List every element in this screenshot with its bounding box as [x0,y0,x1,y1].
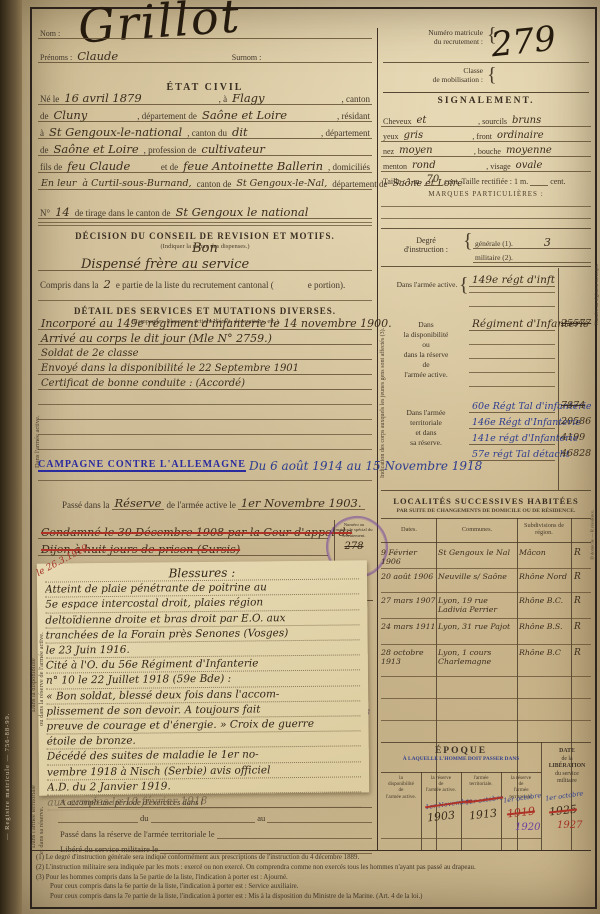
localite-dr: R [574,572,581,582]
localite-date: 9 Février 1906 [381,548,436,566]
etat-civil-line-5: fils de feu Claude et de feue Antoinette… [38,156,372,173]
menton-value: rond [409,160,439,171]
canton-3: St Gengoux-le-Nal, [233,178,330,189]
instruction-generale: générale (1). 3 [473,236,591,249]
epoque-header: ÉPOQUE À LAQUELLE L'HOMME DOIT PASSER DA… [381,746,541,762]
label: N° [38,208,52,218]
reserve-territoriale-line: Passé dans la réserve de l'armée territo… [58,825,372,839]
label: , département de [135,111,199,121]
blessures-note: Blessures : Atteint de plaie pénétrante … [37,560,369,795]
canton: Cluny [51,110,91,121]
corps-terr-label: Dans l'armée territoriale et dans sa rés… [391,408,461,448]
campagne-dates: Du 6 août 1914 au 15 Novembre 1918 [246,461,485,472]
nom-label: Nom : [38,29,62,38]
matricule-box: Numéro matricule du recrutement : 279 Cl… [383,28,589,93]
localites-col-subdiv: Subdivisions de région. [517,522,571,536]
taille-value: 70 [424,174,443,186]
footnote: (2) L'instruction militaire sera indiqué… [36,863,590,873]
localites-col-dr: D domicile — R résidence. [590,509,595,559]
epoque-col-1: la disponibilité de l'armée active. [381,775,421,800]
label: , à [217,94,230,104]
label: de [38,145,51,155]
decision-bon: Bon [38,238,372,254]
signalement-row: nez moyen , bouche moyenne [381,142,591,157]
epoque-title: ÉPOQUE [381,746,541,756]
footnote: Pour ceux compris dans la 6e partie de l… [36,882,590,892]
instruction-militaire: militaire (2). [473,250,591,263]
canton-dit: dit [229,127,251,138]
bouche-value: moyenne [503,145,555,156]
departement-2: Saône et Loire [51,144,142,155]
campagne-stamp: CAMPAGNE CONTRE L'ALLEMAGNE [38,459,246,472]
epoque-date-col-header: DATE de la LIBÉRATION du service militai… [543,748,591,786]
visage-value: ovale [513,160,546,171]
signalement-row: menton rond , visage ovale [381,157,591,172]
epoque-subtitle: À LAQUELLE L'HOMME DOIT PASSER DANS [381,756,541,762]
instruction-generale-value: 3 [541,237,554,248]
numero-special-value: 278 [335,541,373,552]
departement: Saône et Loire [199,110,290,121]
localite-dr: R [574,622,581,632]
corps-active-value-line: 149e régt d'inft [469,272,555,287]
signalement-title: SIGNALEMENT. [381,96,591,106]
surnom-label: Surnom : [230,53,264,62]
prenoms-line: Prénoms : Claude Surnom : [38,46,372,63]
corps-terr-num: 20586 [561,416,591,427]
localite-dr: R [574,648,581,658]
tirage-number: 14 [52,207,73,218]
epoque-year-corrected: 1927 [557,820,582,831]
localite-commune: Lyon, 31 rue Pajot [438,622,516,631]
prenoms-value: Claude [74,51,121,62]
footnotes: (1) Le degré d'instruction générale sera… [36,853,590,902]
marques-title: MARQUES PARTICULIÈRES : [381,190,591,198]
corps-terr-row: 146e Régt d'Infanterie [469,414,555,429]
birth-place: Flagy [229,93,267,104]
tirage-line: N° 14 de tirage dans le canton de St Gen… [38,202,372,219]
yeux-value: gris [401,130,427,141]
etat-civil-line-2: de Cluny , département de Saône et Loire… [38,105,372,122]
margin-armee-active: Dans l'armée active. [34,415,41,468]
localite-commune: St Gengoux le Nal [438,548,516,557]
front-value: ordinaire [494,130,547,141]
hand: En leur [38,178,79,189]
corps-terr-row: 60e Régt Tal d'infanterie [469,398,555,413]
residence: St Gengoux-le-national [46,127,185,138]
footnote: (1) Le degré d'instruction générale sera… [36,853,590,863]
localite-subdiv: Rhône B.C. [519,596,569,605]
reserve-value: Réserve [112,498,165,510]
matricule-value: 279 [489,19,558,66]
classe-label: Classe [383,66,483,75]
corps-terr-num: 46828 [561,448,591,459]
label: et de [159,162,180,172]
footnote: Pour ceux compris dans la 7e partie de l… [36,892,590,902]
localites-col-date: Dates. [381,526,437,533]
localites-col-commune: Communes. [437,526,517,533]
book-spine: — Registre matricule — 756-88-99. [0,0,22,914]
localite-dr: R [574,596,581,606]
label: , résidant [335,111,372,121]
prenoms-label: Prénoms : [38,53,74,62]
localite-commune: Lyon, 1 cours Charlemagne [438,648,516,666]
periode-exercices-line: A accompli une période d'exercices dans … [58,793,372,808]
label: fils de [38,162,64,172]
corps-dispo-num: 25577 [561,318,591,329]
label: de tirage dans le canton de [73,208,173,218]
taille-row: Taille : 1 m. 70 cent. Taille rectifiée … [381,172,591,186]
localites-subtitle: PAR SUITE DE CHANGEMENTS DE DOMICILE OU … [381,508,591,514]
etat-civil-line-3: à St Gengoux-le-national , canton du dit… [38,122,372,139]
decision-compris: Compris dans la 2 e partie de la liste d… [38,274,372,290]
father-name: feu Claude [64,161,133,172]
du-au-line: du au [58,809,372,823]
localite-subdiv: Mâcon [519,548,569,557]
corps-active-label: Dans l'armée active. [395,280,459,289]
libere-line: Libéré du service militaire le [58,840,372,854]
localite-commune: Neuville s/ Saône [438,572,516,581]
label: Né le [38,94,61,104]
label: à [38,128,46,138]
localite-date: 24 mars 1911 [381,622,436,631]
corps-active-value: 149e régt d'inft [469,275,558,286]
liste-partie: 2 [101,279,114,290]
label: , canton [340,94,373,104]
footnote: (3) Pour les hommes compris dans la 5e p… [36,873,590,883]
label: , profession de [142,145,199,155]
tirage-canton: St Gengoux le national [172,207,311,218]
etat-civil-line-1: Né le 16 avril 1879 , à Flagy , canton [38,88,372,105]
localite-date: 28 octobre 1913 [381,648,436,666]
domicile: à Curtil-sous-Burnand, [79,178,194,189]
profession: cultivateur [198,144,268,155]
reserve-date: 1er Novembre 1903. [238,498,365,510]
label: de [38,111,51,121]
localites-title: LOCALITÉS SUCCESSIVES HABITÉES [381,496,591,506]
epoque-col-3: l'armée territoriale. [461,775,501,787]
etat-civil-line-6: En leur à Curtil-sous-Burnand, canton de… [38,173,372,190]
corps-num-rotated-label: Numéro au régiment ou corps. [595,264,600,325]
corps-terr-num: 4199 [561,432,585,443]
corps-dispo-label: Dans la disponibilité ou dans la réserve… [391,320,461,380]
localite-date: 27 mars 1907 [381,596,436,605]
localite-subdiv: Rhône B.C [519,648,569,657]
mother-name: feue Antoinette Ballerin [180,161,326,172]
corps-dispo-value-line: Régiment d'Infanterie [469,316,555,331]
nom-line: Nom : [38,22,372,39]
signalement-row: yeux gris , front ordinaire [381,127,591,142]
matricule-label: Numéro matricule [383,28,483,37]
etat-civil-line-4: de Saône et Loire , profession de cultiv… [38,139,372,156]
campagne-line: CAMPAGNE CONTRE L'ALLEMAGNE Du 6 août 19… [38,456,372,472]
corps-terr-row: 141e régt d'Infanterie [469,430,555,445]
column-divider [377,28,378,850]
corps-terr-row: 57e régt Tal détacht [469,446,555,461]
localite-dr: R [574,548,581,558]
localite-date: 20 août 1906 [381,572,436,581]
birth-date: 16 avril 1879 [61,93,144,104]
localite-subdiv: Rhône B.S. [519,622,569,631]
instruction-label: Degré d'instruction : [391,236,461,254]
reserve-line: Passé dans la Réserve de l'armée active … [38,494,372,510]
numero-special-label: Numéro au matricule spécial du recruteme… [335,520,373,538]
label: , domiciliés [326,162,372,172]
label: , département [319,128,372,138]
signalement-row: Cheveux et , sourcils bruns [381,112,591,127]
label: canton de [195,179,234,189]
localite-subdiv: Rhône Nord [519,572,569,581]
corps-terr-num: 7874 [561,400,585,411]
epoque-year-corrected: 1920 [515,822,540,833]
condamnation-line-1: Condamné le 30 Décembre 1908 par la Cour… [38,522,328,539]
corps-rotated-label: Indication des corps auxquels les jeunes… [380,328,386,478]
spine-text: — Registre matricule — 756-88-99. [4,713,11,840]
service-line: Certificat de bonne conduite : (Accordé) [38,373,372,390]
localite-commune: Lyon, 19 rue Ladivia Perrier [438,596,516,614]
label: , canton du [185,128,229,138]
epoque-col-2: la réserve de l'armée active. [421,775,461,794]
sourcils-value: bruns [509,115,544,126]
cheveux-value: et [413,115,429,126]
decision-dispense: Dispensé frère au service [38,254,372,271]
nez-value: moyen [396,145,436,156]
